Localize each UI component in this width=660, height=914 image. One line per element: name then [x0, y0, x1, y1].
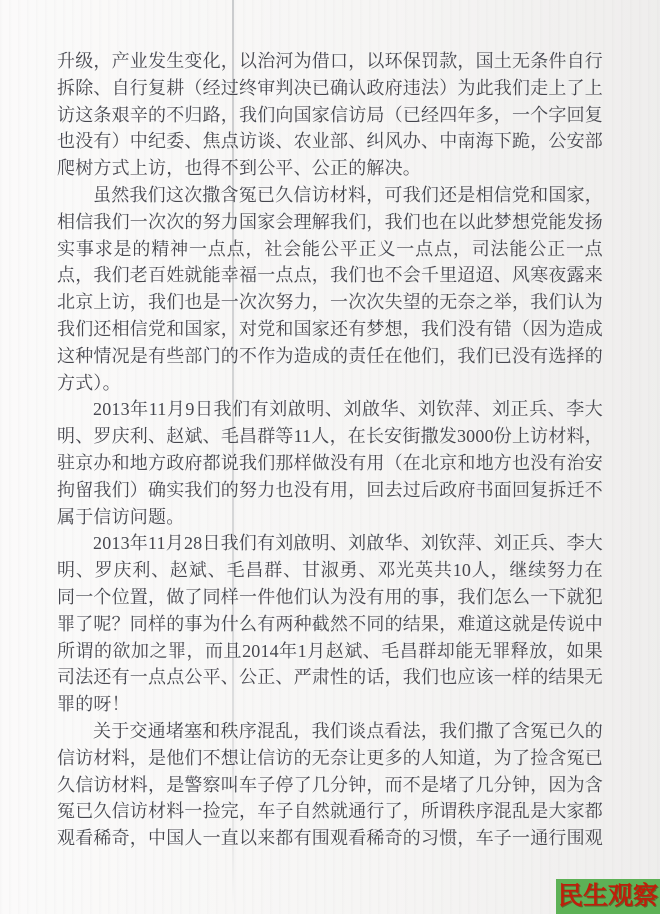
paragraph: 2013年11月9日我们有刘啟明、刘啟华、刘钦萍、刘正兵、李大明、罗庆利、赵斌、…	[57, 396, 603, 530]
watermark-text: 民生观察	[558, 884, 658, 909]
paragraph-continuation: 升级，产业发生变化，以治河为借口，以环保罚款，国土无条件自行拆除、自行复耕（经过…	[57, 48, 603, 182]
paragraph: 2013年11月28日我们有刘啟明、刘啟华、刘钦萍、刘正兵、李大明、罗庆利、赵斌…	[57, 530, 603, 718]
paragraph: 虽然我们这次撒含冤已久信访材料，可我们还是相信党和国家，相信我们一次次的努力国家…	[57, 182, 603, 396]
watermark-badge: 民生观察	[556, 879, 660, 914]
document-text: 升级，产业发生变化，以治河为借口，以环保罚款，国土无条件自行拆除、自行复耕（经过…	[57, 48, 603, 852]
paragraph: 关于交通堵塞和秩序混乱，我们谈点看法，我们撒了含冤已久的信访材料，是他们不想让信…	[57, 718, 603, 852]
